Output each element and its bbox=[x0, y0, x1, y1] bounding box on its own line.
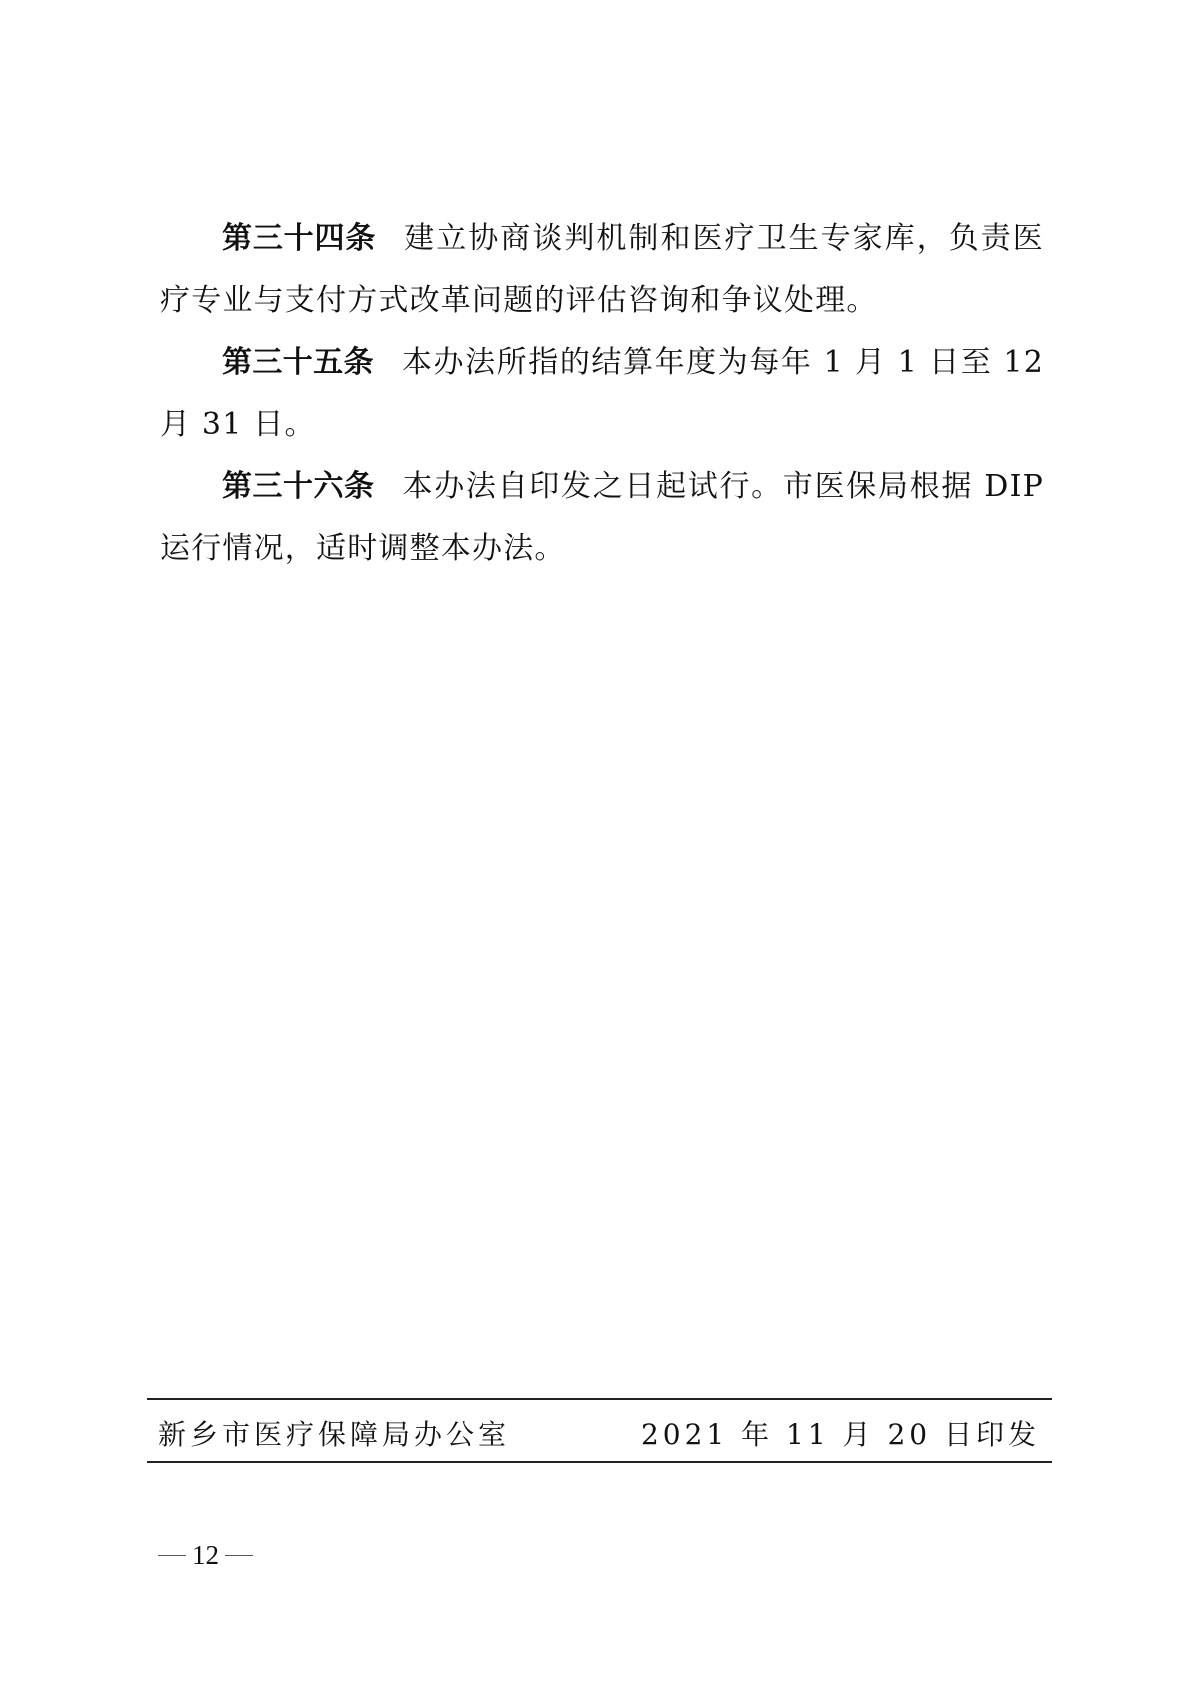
document-body: 第三十四条建立协商谈判机制和医疗卫生专家库，负责医疗专业与支付方式改革问题的评估… bbox=[160, 208, 1044, 580]
article-35: 第三十五条本办法所指的结算年度为每年 1 月 1 日至 12 月 31 日。 bbox=[160, 332, 1044, 456]
issue-date: 2021 年 11 月 20 日印发 bbox=[641, 1413, 1040, 1453]
footer-top-rule bbox=[147, 1398, 1052, 1400]
dash-left bbox=[158, 1555, 186, 1557]
footer-bottom-rule bbox=[147, 1461, 1052, 1463]
document-page: 第三十四条建立协商谈判机制和医疗卫生专家库，负责医疗专业与支付方式改革问题的评估… bbox=[0, 0, 1190, 1683]
article-number: 第三十五条 bbox=[222, 345, 374, 380]
article-34: 第三十四条建立协商谈判机制和医疗卫生专家库，负责医疗专业与支付方式改革问题的评估… bbox=[160, 208, 1044, 332]
article-number: 第三十六条 bbox=[222, 469, 375, 504]
dash-right bbox=[225, 1555, 253, 1557]
issuer-name: 新乡市医疗保障局办公室 bbox=[158, 1413, 510, 1453]
page-number-value: 12 bbox=[192, 1540, 219, 1571]
issuance-footer: 新乡市医疗保障局办公室 2021 年 11 月 20 日印发 bbox=[158, 1412, 1040, 1454]
article-36: 第三十六条本办法自印发之日起试行。市医保局根据 DIP 运行情况，适时调整本办法… bbox=[160, 456, 1044, 580]
article-number: 第三十四条 bbox=[222, 221, 376, 256]
page-number: 12 bbox=[158, 1540, 253, 1571]
